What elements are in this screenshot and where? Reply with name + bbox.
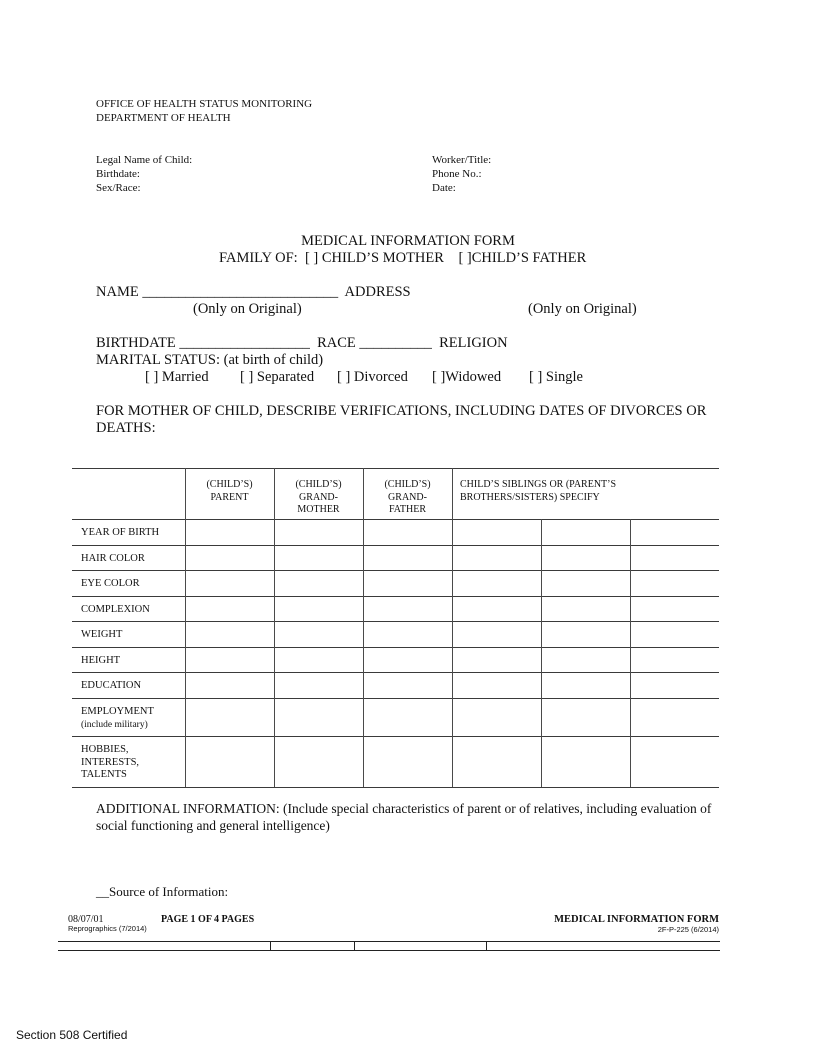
row-label-line: HAIR COLOR [81,553,145,566]
table-cell[interactable] [363,519,452,545]
column-header-line: MOTHER [274,504,363,517]
column-header-line: CHILD’S SIBLINGS OR (PARENT’S [460,479,616,492]
table-cell[interactable] [452,647,541,672]
father-checkbox[interactable]: [ ] [458,250,471,266]
column-header: (CHILD’S)PARENT [185,479,274,504]
divorced-label: Divorced [354,369,408,385]
birthdate-field-label: BIRTHDATE [96,335,176,351]
married-checkbox[interactable]: [ ] [145,369,158,385]
table-cell[interactable] [541,621,630,647]
table-cell[interactable] [185,519,274,545]
table-cell[interactable] [541,519,630,545]
footer-divider [270,941,271,950]
footer-rule-bottom [58,950,720,951]
single-checkbox[interactable]: [ ] [529,369,542,385]
table-cell[interactable] [274,519,363,545]
table-rule [72,787,719,788]
footer-divider [354,941,355,950]
column-header: (CHILD’S)GRAND-FATHER [363,479,452,517]
table-cell[interactable] [274,647,363,672]
row-label-line: WEIGHT [81,629,122,642]
footer-divider [486,941,487,950]
table-cell[interactable] [274,545,363,570]
family-of-line: FAMILY OF: [ ] CHILD’S MOTHER [ ]CHILD’S… [219,250,586,267]
family-of-label: FAMILY OF: [219,250,298,266]
address-note: (Only on Original) [528,301,637,318]
table-cell[interactable] [630,736,719,787]
separated-checkbox[interactable]: [ ] [240,369,253,385]
father-option-label: CHILD’S FATHER [472,250,587,266]
footer-reprographics: Reprographics (7/2014) [68,924,147,933]
table-cell[interactable] [274,621,363,647]
column-header: (CHILD’S)GRAND-MOTHER [274,479,363,517]
footer-rule-top [58,941,720,942]
table-cell[interactable] [452,698,541,736]
row-label-line: EDUCATION [81,680,141,693]
row-label: YEAR OF BIRTH [81,527,159,540]
row-label: WEIGHT [81,629,122,642]
table-cell[interactable] [452,519,541,545]
widowed-label: Widowed [445,369,501,385]
row-label: EDUCATION [81,680,141,693]
birthdate-label: Birthdate: [96,167,140,181]
department-name: DEPARTMENT OF HEALTH [96,111,231,125]
row-label: HAIR COLOR [81,553,145,566]
row-label-line: HOBBIES, [81,744,139,757]
date-label: Date: [432,181,456,195]
table-cell[interactable] [274,736,363,787]
name-line: NAME ___________________________ ADDRESS [96,284,411,301]
single-label: Single [546,369,583,385]
section-508-certification: Section 508 Certified [16,1028,127,1042]
row-label: HOBBIES,INTERESTS,TALENTS [81,744,139,782]
row-label-line: COMPLEXION [81,604,150,617]
office-name: OFFICE OF HEALTH STATUS MONITORING [96,97,312,111]
table-cell[interactable] [630,570,719,596]
row-label-line: EYE COLOR [81,578,140,591]
table-cell[interactable] [363,647,452,672]
column-header-line: PARENT [185,492,274,505]
marital-option-married[interactable]: [ ] Married [145,369,209,386]
mother-checkbox[interactable]: [ ] [305,250,318,266]
table-cell[interactable] [363,596,452,621]
marital-option-widowed[interactable]: [ ]Widowed [432,369,501,386]
legal-name-label: Legal Name of Child: [96,153,192,167]
birthdate-race-line: BIRTHDATE __________________ RACE ______… [96,335,508,352]
marital-option-separated[interactable]: [ ] Separated [240,369,314,386]
birthdate-input[interactable]: __________________ [179,335,310,351]
table-cell[interactable] [185,647,274,672]
separated-label: Separated [257,369,314,385]
address-label: ADDRESS [345,284,411,300]
row-label-line: INTERESTS, [81,757,139,770]
name-input[interactable]: ___________________________ [142,284,338,300]
column-header-line: GRAND- [274,492,363,505]
footer-form-code: 2F-P-225 (6/2014) [658,925,719,934]
table-cell[interactable] [363,621,452,647]
table-cell[interactable] [363,698,452,736]
table-cell[interactable] [541,570,630,596]
row-label: HEIGHT [81,655,120,668]
table-rule [72,468,719,469]
row-label: EYE COLOR [81,578,140,591]
row-label: COMPLEXION [81,604,150,617]
name-label: NAME [96,284,139,300]
table-cell[interactable] [630,596,719,621]
table-cell[interactable] [185,672,274,698]
married-label: Married [162,369,209,385]
additional-info-line2: social functioning and general intellige… [96,817,330,834]
marital-option-single[interactable]: [ ] Single [529,369,583,386]
row-label-line: EMPLOYMENT [81,706,154,719]
table-cell[interactable] [630,647,719,672]
table-cell[interactable] [185,545,274,570]
religion-label: RELIGION [439,335,507,351]
table-cell[interactable] [274,570,363,596]
table-cell[interactable] [541,545,630,570]
table-cell[interactable] [630,545,719,570]
row-label-line: TALENTS [81,769,139,782]
family-history-table: (CHILD’S)PARENT(CHILD’S)GRAND-MOTHER(CHI… [72,468,719,787]
marital-option-divorced[interactable]: [ ] Divorced [337,369,408,386]
row-label-line: (include military) [81,719,154,732]
table-cell[interactable] [185,621,274,647]
phone-label: Phone No.: [432,167,482,181]
row-label-line: YEAR OF BIRTH [81,527,159,540]
table-cell[interactable] [541,672,630,698]
table-cell[interactable] [630,519,719,545]
table-cell[interactable] [363,736,452,787]
table-cell[interactable] [185,698,274,736]
column-header-line: (CHILD’S) [363,479,452,492]
table-cell[interactable] [185,596,274,621]
table-cell[interactable] [541,596,630,621]
verification-instructions-line1: FOR MOTHER OF CHILD, DESCRIBE VERIFICATI… [96,403,706,420]
table-cell[interactable] [452,545,541,570]
widowed-checkbox[interactable]: [ ] [432,369,445,385]
table-cell[interactable] [541,736,630,787]
column-header-line: (CHILD’S) [185,479,274,492]
table-cell[interactable] [630,621,719,647]
table-cell[interactable] [541,647,630,672]
table-cell[interactable] [363,672,452,698]
column-header-line: (CHILD’S) [274,479,363,492]
table-cell[interactable] [363,570,452,596]
row-label: EMPLOYMENT(include military) [81,706,154,731]
table-cell[interactable] [274,596,363,621]
table-cell[interactable] [452,621,541,647]
table-cell[interactable] [185,736,274,787]
marital-status-label: MARITAL STATUS: (at birth of child) [96,352,323,369]
table-cell[interactable] [274,698,363,736]
table-cell[interactable] [274,672,363,698]
column-header-line: FATHER [363,504,452,517]
sex-race-label: Sex/Race: [96,181,141,195]
column-header-line: BROTHERS/SISTERS) SPECIFY [460,492,616,505]
race-label: RACE [317,335,356,351]
mother-option-label: CHILD’S MOTHER [322,250,444,266]
column-header-line: GRAND- [363,492,452,505]
table-cell[interactable] [363,545,452,570]
footer-page-number: PAGE 1 OF 4 PAGES [161,914,254,926]
name-note: (Only on Original) [193,301,302,318]
siblings-column-header: CHILD’S SIBLINGS OR (PARENT’SBROTHERS/SI… [460,479,616,504]
race-input[interactable]: __________ [359,335,432,351]
verification-instructions-line2: DEATHS: [96,420,156,437]
table-cell[interactable] [452,570,541,596]
divorced-checkbox[interactable]: [ ] [337,369,350,385]
additional-info-line1: ADDITIONAL INFORMATION: (Include special… [96,800,711,817]
form-title: MEDICAL INFORMATION FORM [0,233,816,250]
table-cell[interactable] [630,672,719,698]
row-label-line: HEIGHT [81,655,120,668]
table-cell[interactable] [452,596,541,621]
table-cell[interactable] [630,698,719,736]
table-cell[interactable] [452,672,541,698]
table-cell[interactable] [541,698,630,736]
table-cell[interactable] [185,570,274,596]
source-of-information[interactable]: __Source of Information: [96,884,228,900]
table-cell[interactable] [452,736,541,787]
worker-title-label: Worker/Title: [432,153,491,167]
